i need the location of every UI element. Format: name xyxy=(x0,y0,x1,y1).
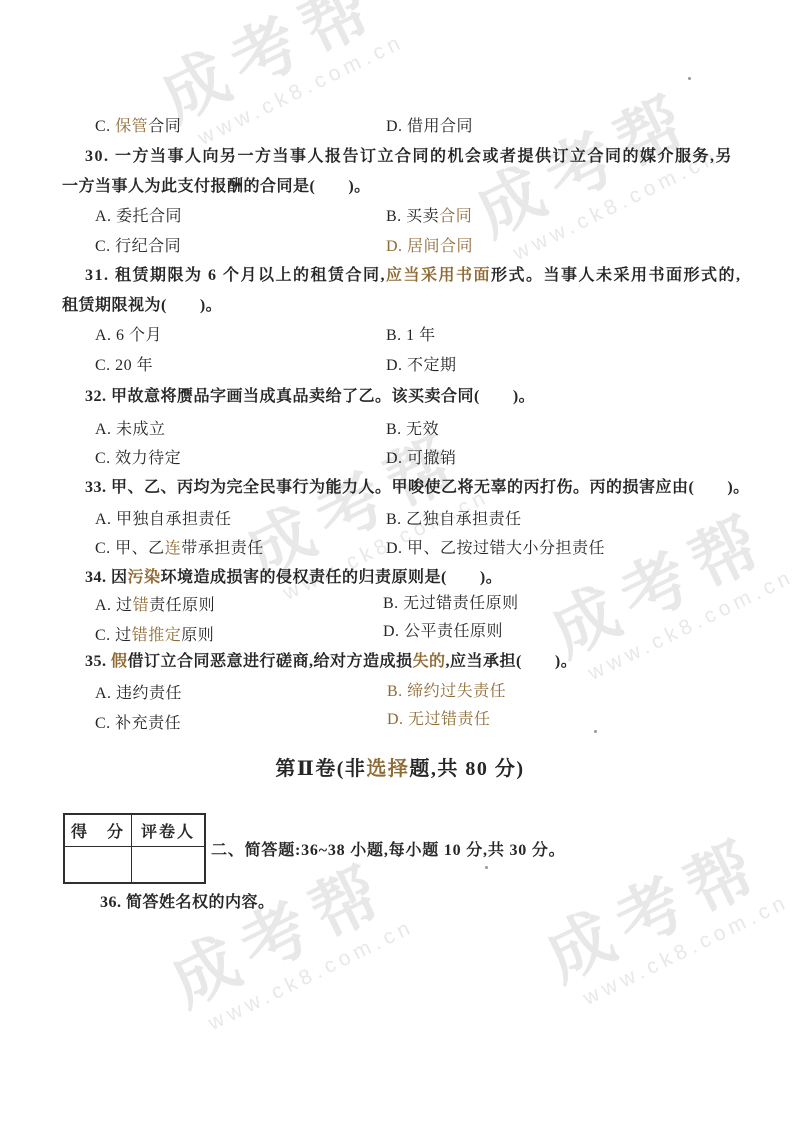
score-box: 得 分 评卷人 xyxy=(63,813,206,884)
option-33-c: C. 甲、乙连带承担责任 xyxy=(95,539,264,559)
option-34-c: C. 过错推定原则 xyxy=(95,626,214,646)
score-cell-empty xyxy=(65,847,132,882)
option-35-a: A. 违约责任 xyxy=(95,684,182,704)
option-30-b: B. 买卖合同 xyxy=(386,207,472,227)
option-35-b: B. 缔约过失责任 xyxy=(387,682,506,702)
watermark-domain: www.ck8.com.cn xyxy=(192,915,419,1042)
option-32-d: D. 可撤销 xyxy=(386,449,457,469)
grader-cell-label: 评卷人 xyxy=(132,815,204,847)
watermark-domain: www.ck8.com.cn xyxy=(572,565,799,692)
watermark-stamp: 成考帮 www.ck8.com.cn xyxy=(527,808,793,1017)
scan-speck xyxy=(485,866,488,869)
option-31-c: C. 20 年 xyxy=(95,356,153,376)
option-32-c: C. 效力待定 xyxy=(95,449,181,469)
option-35-d: D. 无过错责任 xyxy=(387,710,491,730)
scan-speck xyxy=(594,730,597,733)
option-34-a: A. 过错责任原则 xyxy=(95,596,215,616)
watermark-stamp: 成考帮 www.ck8.com.cn xyxy=(142,0,408,157)
watermark-text: 成考帮 xyxy=(532,483,790,674)
option-32-b: B. 无效 xyxy=(386,420,439,440)
question-34-stem: 34. 因污染环境造成损害的侵权责任的归责原则是( )。 xyxy=(85,568,502,588)
watermark-text: 成考帮 xyxy=(527,808,785,999)
option-29-c: C. 保管合同 xyxy=(95,117,181,137)
option-33-a: A. 甲独自承担责任 xyxy=(95,510,232,530)
watermark-stamp: 成考帮 www.ck8.com.cn xyxy=(457,63,723,272)
option-30-a: A. 委托合同 xyxy=(95,207,182,227)
question-35-stem: 35. 假借订立合同恶意进行磋商,给对方造成损失的,应当承担( )。 xyxy=(85,652,577,672)
option-31-d: D. 不定期 xyxy=(386,356,457,376)
option-30-c: C. 行纪合同 xyxy=(95,237,181,257)
score-cell-label: 得 分 xyxy=(65,815,132,847)
scan-speck xyxy=(688,77,691,80)
question-33-stem: 33. 甲、乙、丙均为完全民事行为能力人。甲唆使乙将无辜的丙打伤。丙的损害应由(… xyxy=(85,478,750,498)
option-32-a: A. 未成立 xyxy=(95,420,166,440)
question-30-stem-line-1: 30. 一方当事人向另一方当事人报告订立合同的机会或者提供订立合同的媒介服务,另 xyxy=(85,147,733,167)
option-34-b: B. 无过错责任原则 xyxy=(383,594,519,614)
scanned-exam-page: 成考帮 www.ck8.com.cn 成考帮 www.ck8.com.cn 成考… xyxy=(0,0,800,1145)
option-31-a: A. 6 个月 xyxy=(95,326,162,346)
question-31-stem-line-2: 租赁期限视为( )。 xyxy=(62,296,222,316)
option-31-b: B. 1 年 xyxy=(386,326,436,346)
option-30-d: D. 居间合同 xyxy=(386,237,473,257)
option-33-d: D. 甲、乙按过错大小分担责任 xyxy=(386,539,605,559)
section-2-title: 第Ⅱ卷(非选择题,共 80 分) xyxy=(0,752,800,781)
option-33-b: B. 乙独自承担责任 xyxy=(386,510,522,530)
question-30-stem-line-2: 一方当事人为此支付报酬的合同是( )。 xyxy=(62,177,371,197)
option-29-d: D. 借用合同 xyxy=(386,117,473,137)
option-34-d: D. 公平责任原则 xyxy=(383,622,503,642)
question-31-stem-line-1: 31. 租赁期限为 6 个月以上的租赁合同,应当采用书面形式。当事人未采用书面形… xyxy=(85,266,742,286)
option-35-c: C. 补充责任 xyxy=(95,714,181,734)
watermark-domain: www.ck8.com.cn xyxy=(567,890,794,1017)
grader-cell-empty xyxy=(132,847,204,882)
watermark-text: 成考帮 xyxy=(227,403,485,594)
watermark-domain: www.ck8.com.cn xyxy=(182,30,409,157)
short-answer-heading: 二、简答题:36~38 小题,每小题 10 分,共 30 分。 xyxy=(211,841,565,861)
question-32-stem: 32. 甲故意将赝品字画当成真品卖给了乙。该买卖合同( )。 xyxy=(85,387,535,407)
question-36: 36. 简答姓名权的内容。 xyxy=(100,893,275,913)
